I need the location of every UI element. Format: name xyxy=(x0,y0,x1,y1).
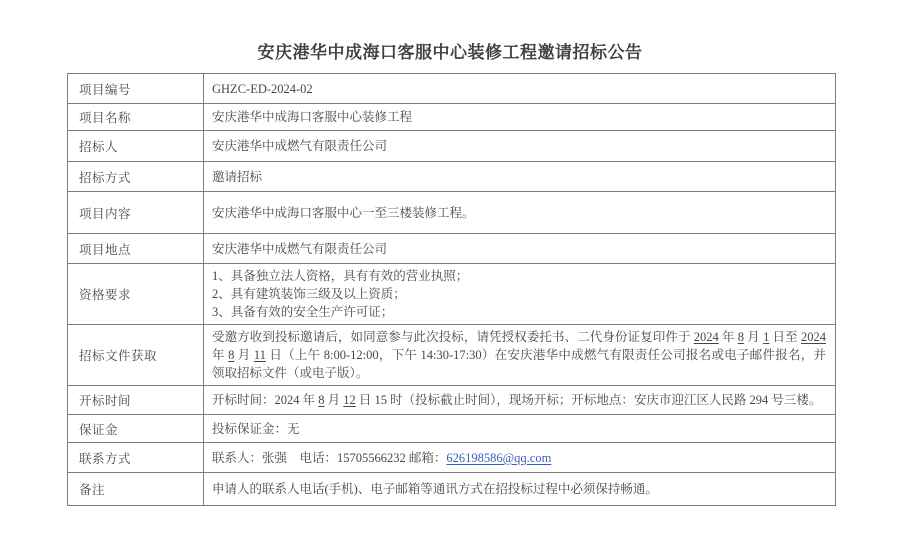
row-label: 开标时间 xyxy=(68,386,204,415)
row-value: 联系人：张强 电话：15705566232 邮箱：626198586@qq.co… xyxy=(204,443,836,473)
table-row-contact: 联系方式 联系人：张强 电话：15705566232 邮箱：626198586@… xyxy=(68,443,836,473)
row-label: 招标文件获取 xyxy=(68,325,204,386)
table-row-project-location: 项目地点 安庆港华中成燃气有限责任公司 xyxy=(68,234,836,264)
row-label: 备注 xyxy=(68,473,204,506)
row-label: 保证金 xyxy=(68,415,204,443)
row-label: 资格要求 xyxy=(68,264,204,325)
row-value: 申请人的联系人电话(手机)、电子邮箱等通讯方式在招投标过程中必须保持畅通。 xyxy=(204,473,836,506)
row-label: 项目名称 xyxy=(68,104,204,131)
row-label: 项目内容 xyxy=(68,192,204,234)
row-value: 邀请招标 xyxy=(204,162,836,192)
row-label: 项目地点 xyxy=(68,234,204,264)
page-title: 安庆港华中成海口客服中心装修工程邀请招标公告 xyxy=(0,38,900,63)
underlined-date-value: 8 xyxy=(228,348,234,362)
document-page: 安庆港华中成海口客服中心装修工程邀请招标公告 项目编号 GHZC-ED-2024… xyxy=(0,0,900,541)
table-row-project-content: 项目内容 安庆港华中成海口客服中心一至三楼装修工程。 xyxy=(68,192,836,234)
underlined-date-value: 8 xyxy=(738,330,744,344)
table-row-project-name: 项目名称 安庆港华中成海口客服中心装修工程 xyxy=(68,104,836,131)
row-value: 安庆港华中成海口客服中心一至三楼装修工程。 xyxy=(204,192,836,234)
row-label: 招标人 xyxy=(68,131,204,162)
row-label: 项目编号 xyxy=(68,74,204,104)
table-row-qualification: 资格要求 1、具备独立法人资格，具有有效的营业执照；2、具有建筑装饰三级及以上资… xyxy=(68,264,836,325)
table-row-project-number: 项目编号 GHZC-ED-2024-02 xyxy=(68,74,836,104)
row-value: 安庆港华中成燃气有限责任公司 xyxy=(204,234,836,264)
row-value: 安庆港华中成海口客服中心装修工程 xyxy=(204,104,836,131)
underlined-date-value: 11 xyxy=(254,348,266,362)
underlined-date-value: 12 xyxy=(343,393,356,407)
row-value: 安庆港华中成燃气有限责任公司 xyxy=(204,131,836,162)
tender-info-table: 项目编号 GHZC-ED-2024-02 项目名称 安庆港华中成海口客服中心装修… xyxy=(67,73,836,506)
table-row-deposit: 保证金 投标保证金：无 xyxy=(68,415,836,443)
row-value: 开标时间：2024 年 8 月 12 日 15 时（投标截止时间），现场开标；开… xyxy=(204,386,836,415)
row-value: GHZC-ED-2024-02 xyxy=(204,74,836,104)
table-row-remarks: 备注 申请人的联系人电话(手机)、电子邮箱等通讯方式在招投标过程中必须保持畅通。 xyxy=(68,473,836,506)
underlined-date-value: 8 xyxy=(318,393,324,407)
underlined-date-value: 2024 xyxy=(801,330,826,344)
row-value: 投标保证金：无 xyxy=(204,415,836,443)
underlined-date-value: 2024 xyxy=(694,330,719,344)
row-label: 招标方式 xyxy=(68,162,204,192)
row-value: 受邀方收到投标邀请后，如同意参与此次投标，请凭授权委托书、二代身份证复印件于 2… xyxy=(204,325,836,386)
table-row-tenderer: 招标人 安庆港华中成燃气有限责任公司 xyxy=(68,131,836,162)
table-row-tender-method: 招标方式 邀请招标 xyxy=(68,162,836,192)
table-row-opening-time: 开标时间 开标时间：2024 年 8 月 12 日 15 时（投标截止时间），现… xyxy=(68,386,836,415)
underlined-date-value: 1 xyxy=(763,330,769,344)
row-label: 联系方式 xyxy=(68,443,204,473)
table-row-document-acquisition: 招标文件获取 受邀方收到投标邀请后，如同意参与此次投标，请凭授权委托书、二代身份… xyxy=(68,325,836,386)
email-link[interactable]: 626198586@qq.com xyxy=(446,451,551,465)
row-value: 1、具备独立法人资格，具有有效的营业执照；2、具有建筑装饰三级及以上资质；3、具… xyxy=(204,264,836,325)
